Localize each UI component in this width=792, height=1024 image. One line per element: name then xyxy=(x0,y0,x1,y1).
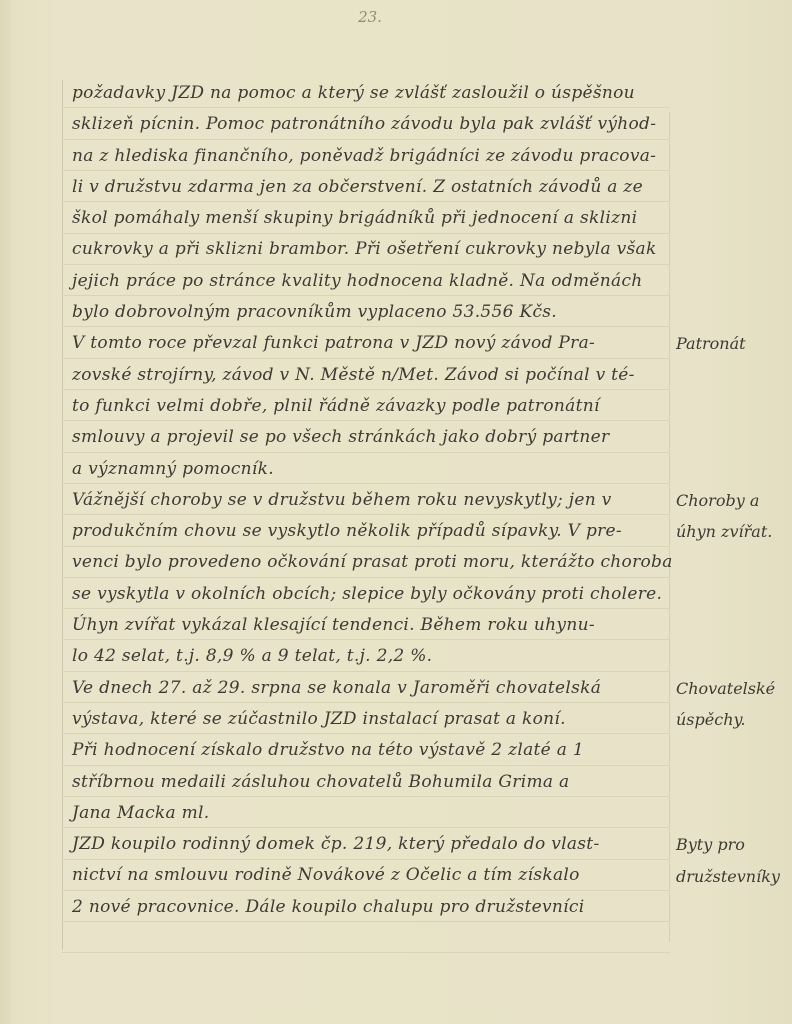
text-line: Jana Macka ml. xyxy=(72,798,672,829)
main-text-body: požadavky JZD na pomoc a který se zvlášť… xyxy=(72,78,672,923)
text-line: a významný pomocník. xyxy=(72,454,672,485)
text-line: lo 42 selat, t.j. 8,9 % a 9 telat, t.j. … xyxy=(72,641,672,672)
text-line: Při hodnocení získalo družstvo na této v… xyxy=(72,735,672,766)
margin-note: úhyn zvířat. xyxy=(676,516,792,547)
text-line: sklizeň pícnin. Pomoc patronátního závod… xyxy=(72,109,672,140)
text-line: JZD koupilo rodinný domek čp. 219, který… xyxy=(72,829,672,860)
text-line: to funkci velmi dobře, plnil řádně závaz… xyxy=(72,391,672,422)
text-line: produkčním chovu se vyskytlo několik pří… xyxy=(72,516,672,547)
text-line: zovské strojírny, závod v N. Městě n/Met… xyxy=(72,360,672,391)
margin-note: Choroby a xyxy=(676,485,792,516)
margin-note: úspěchy. xyxy=(676,704,792,735)
margin-note: Byty pro xyxy=(676,829,792,860)
text-line: požadavky JZD na pomoc a který se zvlášť… xyxy=(72,78,672,109)
text-line: 2 nové pracovnice. Dále koupilo chalupu … xyxy=(72,892,672,923)
text-line: cukrovky a při sklizni brambor. Při ošet… xyxy=(72,234,672,265)
text-line: Vážnější choroby se v družstvu během rok… xyxy=(72,485,672,516)
text-line: na z hlediska finančního, poněvadž brigá… xyxy=(72,141,672,172)
text-line: výstava, které se zúčastnilo JZD instala… xyxy=(72,704,672,735)
margin-note: Patronát xyxy=(676,328,792,359)
text-line: bylo dobrovolným pracovníkům vyplaceno 5… xyxy=(72,297,672,328)
ruled-line xyxy=(62,952,670,953)
text-line: se vyskytla v okolních obcích; slepice b… xyxy=(72,579,672,610)
chronicle-page: 23. požadavky JZD na pomoc a který se zv… xyxy=(0,0,792,1024)
margin-note: Chovatelské xyxy=(676,673,792,704)
text-line: jejich práce po stránce kvality hodnocen… xyxy=(72,266,672,297)
text-line: li v družstvu zdarma jen za občerstvení.… xyxy=(72,172,672,203)
text-line: Ve dnech 27. až 29. srpna se konala v Ja… xyxy=(72,673,672,704)
page-number: 23. xyxy=(340,8,400,26)
text-line: smlouvy a projevil se po všech stránkách… xyxy=(72,422,672,453)
text-line: V tomto roce převzal funkci patrona v JZ… xyxy=(72,328,672,359)
text-line: venci bylo provedeno očkování prasat pro… xyxy=(72,547,672,578)
margin-note: družstevníky xyxy=(676,861,792,892)
text-line: stříbrnou medaili zásluhou chovatelů Boh… xyxy=(72,767,672,798)
text-line: nictví na smlouvu rodině Novákové z Očel… xyxy=(72,860,672,891)
text-line: Úhyn zvířat vykázal klesající tendenci. … xyxy=(72,610,672,641)
text-line: škol pomáhaly menší skupiny brigádníků p… xyxy=(72,203,672,234)
